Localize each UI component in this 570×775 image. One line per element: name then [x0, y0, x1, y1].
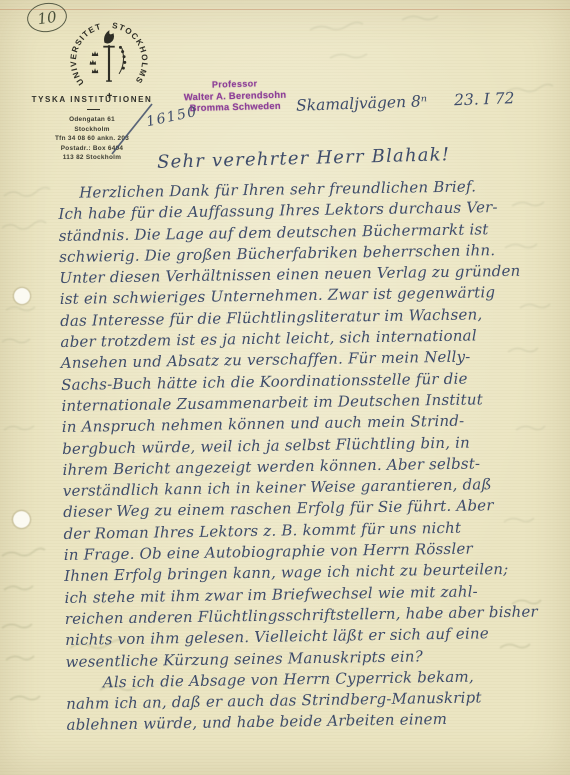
spacer: [427, 105, 454, 106]
address-line: Stockholm: [20, 125, 164, 135]
page-annotation-number: 10: [36, 7, 57, 27]
letterhead-divider: [87, 109, 100, 110]
address-line: 113 82 Stockholm: [20, 153, 164, 163]
punch-hole: [11, 509, 32, 530]
handwritten-date: 23. I 72: [454, 89, 515, 109]
institution-name: TYSKA INSTITUTIONEN: [20, 95, 164, 104]
letterhead-address: Odengatan 61 Stockholm Tfn 34 08 60 ankn…: [20, 115, 164, 163]
scan-edge-line: [0, 9, 570, 10]
address-line: Tfn 34 08 60 ankn. 203: [20, 134, 164, 144]
torch-icon: [103, 31, 114, 81]
address-line: Odengatan 61: [20, 115, 164, 125]
seal-text-right: STOCKHOLMS: [111, 21, 149, 86]
address-line: Postadr.: Box 6404: [20, 144, 164, 154]
letter-body: Herzlichen Dank für Ihren sehr freundlic…: [58, 176, 545, 737]
university-seal-icon: UNIVERSITET STOCKHOLMS: [66, 18, 152, 104]
laurel-branch-icon: [119, 46, 126, 74]
letter-page: 10 UNIVERSITET STOCKHOLMS: [0, 0, 570, 775]
svg-text:STOCKHOLMS: STOCKHOLMS: [111, 21, 149, 86]
punch-hole: [12, 286, 32, 306]
three-crowns-icon: [90, 51, 99, 73]
